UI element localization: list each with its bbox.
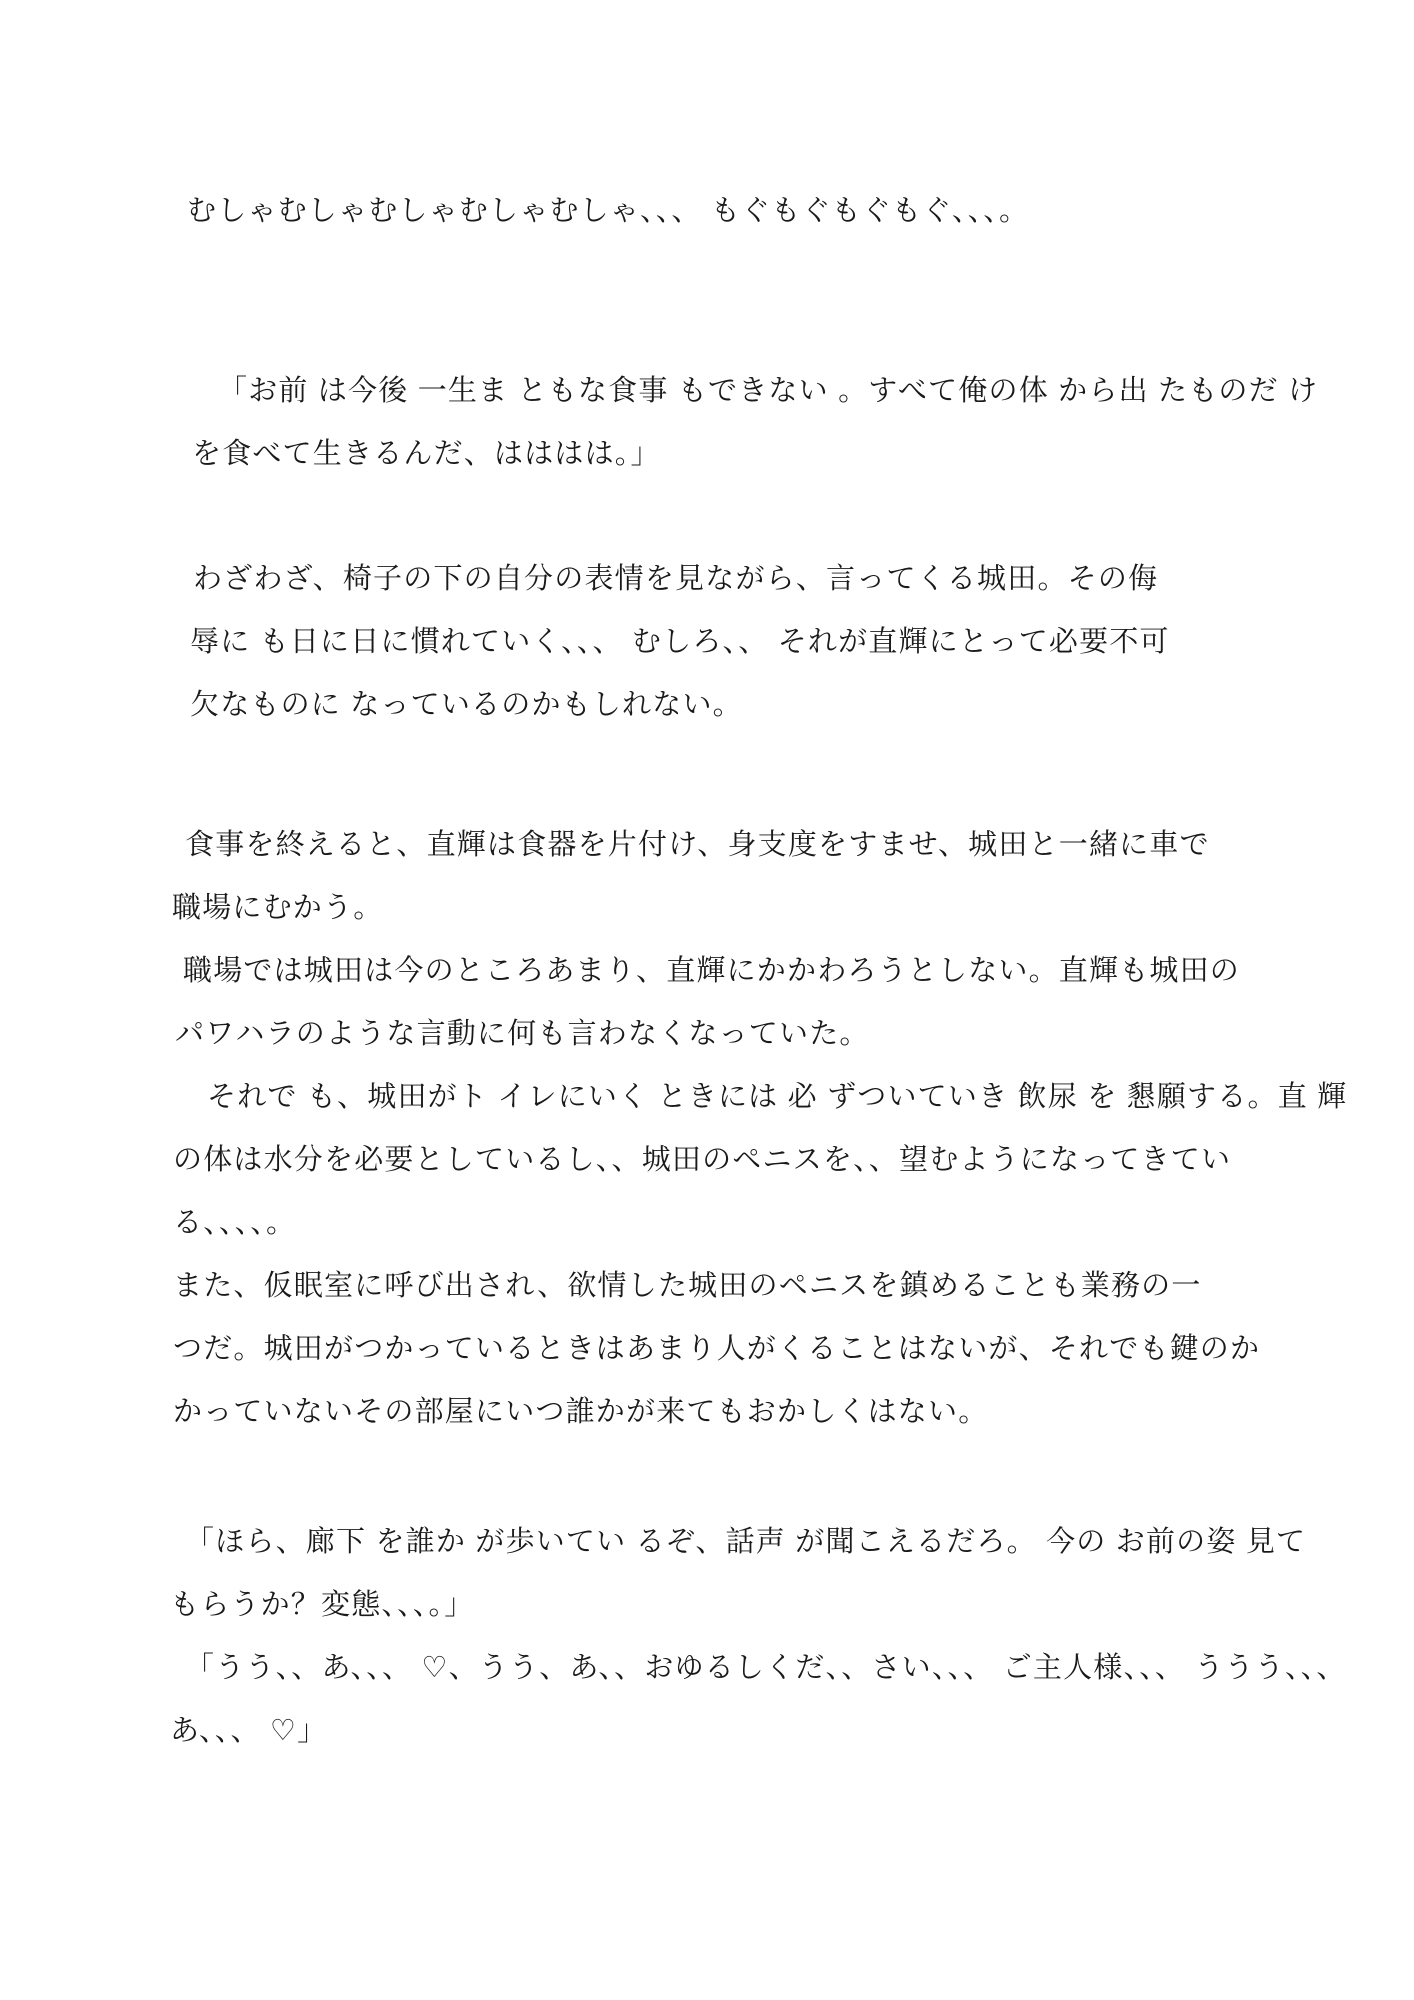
document-page: むしゃむしゃむしゃむしゃむしゃ、、、 もぐもぐもぐもぐ、、、。「お前 は今後 一…	[0, 0, 1414, 2000]
text-line: あ、、、 ♡」	[170, 1700, 1374, 1763]
text-line: もらうか？変態、、、。」	[170, 1574, 1374, 1637]
text-line: 職場にむかう。	[170, 877, 1374, 940]
text-line: つだ。城田がつかっているときはあまり人がくることはないが、それでも鍵のか	[170, 1318, 1374, 1381]
text-line: 「ほら、廊下 を誰か が歩いてい るぞ、話声 が聞こえるだろ。 今の お前の姿 …	[170, 1511, 1374, 1574]
text-line: る、、、、。	[170, 1192, 1374, 1255]
text-line: を食べて生きるんだ、はははは。」	[170, 423, 1374, 486]
story-text-block: むしゃむしゃむしゃむしゃむしゃ、、、 もぐもぐもぐもぐ、、、。「お前 は今後 一…	[170, 180, 1374, 1763]
text-line: 職場では城田は今のところあまり、直輝にかかわろうとしない。直輝も城田の	[170, 940, 1374, 1003]
text-line: 食事を終えると、直輝は食器を片付け、身支度をすませ、城田と一緒に車で	[170, 814, 1374, 877]
text-line: わざわざ、椅子の下の自分の表情を見ながら、言ってくる城田。その侮	[170, 548, 1374, 611]
text-line: かっていないその部屋にいつ誰かが来てもおかしくはない。	[170, 1381, 1374, 1444]
text-line: それで も、城田がト イレにいく ときには 必 ずついていき 飲尿 を 懇願する…	[170, 1066, 1374, 1129]
text-line: 「うう、、あ、、、 ♡、うう、あ、、おゆるしくだ、、さい、、、 ご主人様、、、 …	[170, 1637, 1374, 1700]
text-line: また、仮眠室に呼び出され、欲情した城田のペニスを鎮めることも業務の一	[170, 1255, 1374, 1318]
text-line: むしゃむしゃむしゃむしゃむしゃ、、、 もぐもぐもぐもぐ、、、。	[170, 180, 1374, 243]
text-line: 欠なものに なっているのかもしれない。	[170, 674, 1374, 737]
text-line: の体は水分を必要としているし、、城田のペニスを、、望むようになってきてい	[170, 1129, 1374, 1192]
text-line: 「お前 は今後 一生ま ともな食事 もできない 。すべて俺の体 から出 たものだ…	[170, 360, 1374, 423]
text-line: 辱に も日に日に慣れていく、、、 むしろ、、 それが直輝にとって必要不可	[170, 611, 1374, 674]
text-line: パワハラのような言動に何も言わなくなっていた。	[170, 1003, 1374, 1066]
